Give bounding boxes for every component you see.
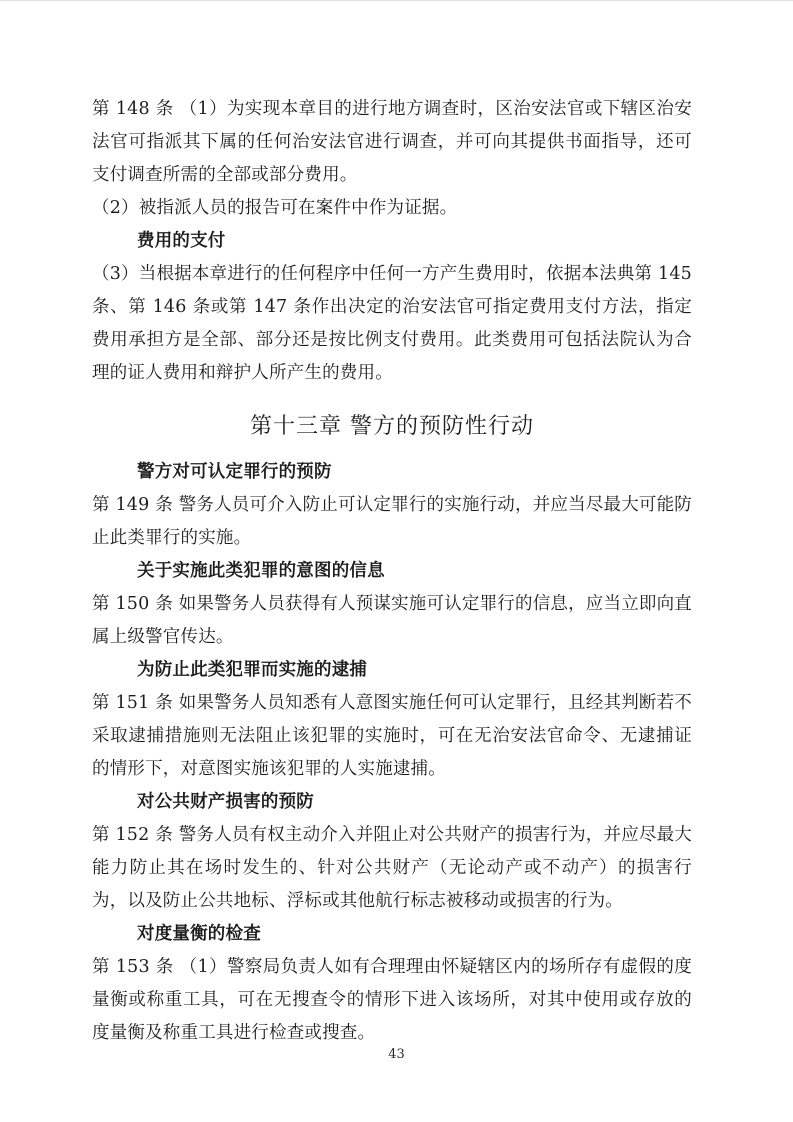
section-heading-payment-of-fees: 费用的支付 [92, 225, 692, 258]
document-page: 第 148 条 （1）为实现本章目的进行地方调查时，区治安法官或下辖区治安法官可… [0, 0, 793, 1122]
section-heading-prevention-of-cognizable-offenses: 警方对可认定罪行的预防 [92, 456, 692, 489]
paragraph-article-153: 第 153 条 （1）警察局负责人如有合理理由怀疑辖区内的场所存有虚假的度量衡或… [92, 951, 692, 1050]
section-heading-inspection-of-weights-and-measures: 对度量衡的检查 [92, 918, 692, 951]
paragraph-article-148-clause-1: 第 148 条 （1）为实现本章目的进行地方调查时，区治安法官或下辖区治安法官可… [92, 93, 692, 192]
paragraph-article-148-clause-3: （3）当根据本章进行的任何程序中任何一方产生费用时，依据本法典第 145 条、第… [92, 258, 692, 390]
paragraph-article-150: 第 150 条 如果警务人员获得有人预谋实施可认定罪行的信息，应当立即向直属上级… [92, 588, 692, 654]
section-heading-arrest-to-prevent-offense: 为防止此类犯罪而实施的逮捕 [92, 654, 692, 687]
section-heading-prevention-of-damage-to-public-property: 对公共财产损害的预防 [92, 786, 692, 819]
section-heading-information-of-intent: 关于实施此类犯罪的意图的信息 [92, 555, 692, 588]
page-number: 43 [0, 1047, 793, 1063]
document-body: 第 148 条 （1）为实现本章目的进行地方调查时，区治安法官或下辖区治安法官可… [92, 93, 692, 1050]
paragraph-article-149: 第 149 条 警务人员可介入防止可认定罪行的实施行动，并应当尽最大可能防止此类… [92, 489, 692, 555]
paragraph-article-152: 第 152 条 警务人员有权主动介入并阻止对公共财产的损害行为，并应尽最大能力防… [92, 819, 692, 918]
paragraph-article-151: 第 151 条 如果警务人员知悉有人意图实施任何可认定罪行，且经其判断若不采取逮… [92, 687, 692, 786]
chapter-title: 第十三章 警方的预防性行动 [92, 406, 692, 448]
paragraph-article-148-clause-2: （2）被指派人员的报告可在案件中作为证据。 [92, 192, 692, 225]
